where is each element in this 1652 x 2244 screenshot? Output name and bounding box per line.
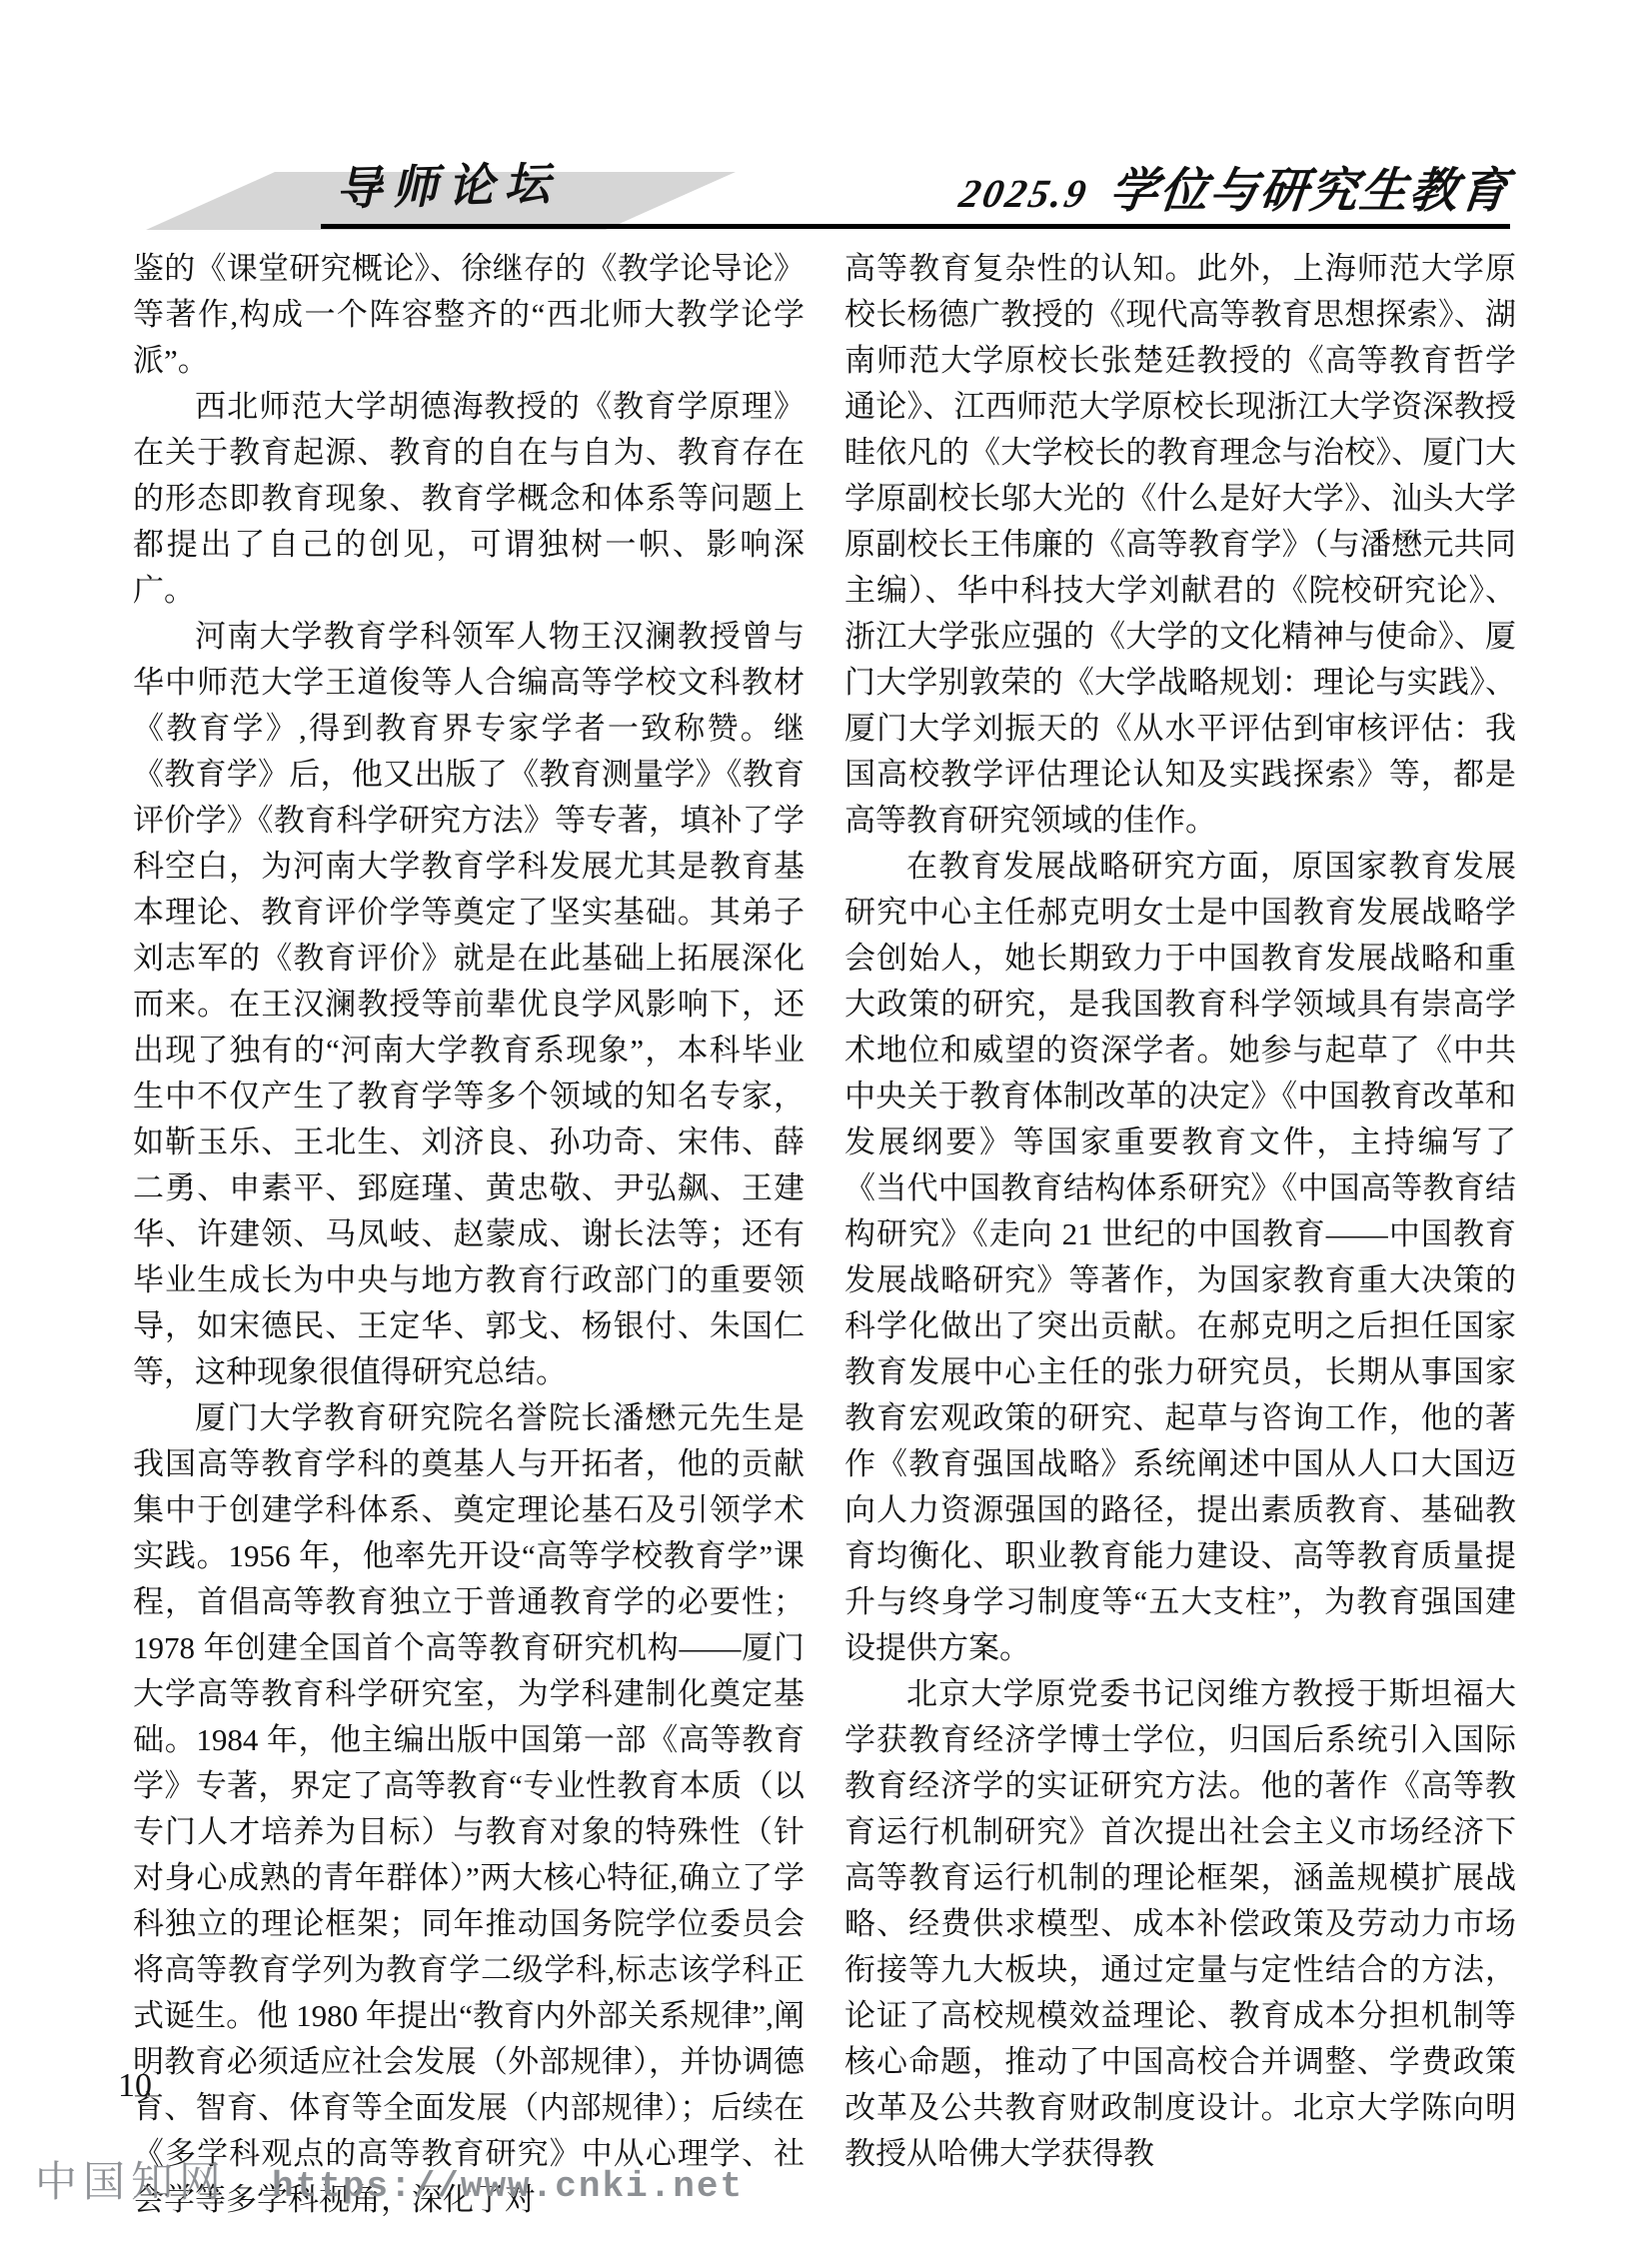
header-rule <box>321 224 1510 229</box>
watermark-url: https://www.cnki.net <box>272 2166 744 2207</box>
paragraph: 高等教育复杂性的认知。此外，上海师范大学原校长杨德广教授的《现代高等教育思想探索… <box>844 246 1516 844</box>
cnki-watermark: 中国知网 https://www.cnki.net <box>35 2149 744 2209</box>
watermark-site-name: 中国知网 <box>35 2149 227 2209</box>
paragraph: 在教育发展战略研究方面，原国家教育发展研究中心主任郝克明女士是中国教育发展战略学… <box>844 844 1516 1671</box>
paragraph: 河南大学教育学科领军人物王汉澜教授曾与华中师范大学王道俊等人合编高等学校文科教材… <box>133 614 805 1395</box>
section-label: 导师论坛 <box>335 147 561 219</box>
paragraph: 北京大学原党委书记闵维方教授于斯坦福大学获教育经济学博士学位，归国后系统引入国际… <box>844 1671 1516 2177</box>
journal-page: 导师论坛 2025.9 学位与研究生教育 鉴的《课堂研究概论》、徐继存的《教学论… <box>0 0 1652 2244</box>
paragraph: 鉴的《课堂研究概论》、徐继存的《教学论导论》等著作,构成一个阵容整齐的“西北师大… <box>133 246 805 384</box>
page-number: 10 <box>118 2067 152 2105</box>
journal-title: 学位与研究生教育 <box>1106 152 1513 221</box>
right-column: 高等教育复杂性的认知。此外，上海师范大学原校长杨德广教授的《现代高等教育思想探索… <box>844 246 1516 2223</box>
paragraph: 西北师范大学胡德海教授的《教育学原理》在关于教育起源、教育的自在与自为、教育存在… <box>133 384 805 614</box>
article-body: 鉴的《课堂研究概论》、徐继存的《教学论导论》等著作,构成一个阵容整齐的“西北师大… <box>133 246 1516 2223</box>
journal-header: 2025.9 学位与研究生教育 <box>960 152 1510 221</box>
paragraph: 厦门大学教育研究院名誉院长潘懋元先生是我国高等教育学科的奠基人与开拓者，他的贡献… <box>133 1395 805 2223</box>
left-column: 鉴的《课堂研究概论》、徐继存的《教学论导论》等著作,构成一个阵容整齐的“西北师大… <box>133 246 805 2223</box>
issue-date: 2025.9 <box>955 170 1093 217</box>
